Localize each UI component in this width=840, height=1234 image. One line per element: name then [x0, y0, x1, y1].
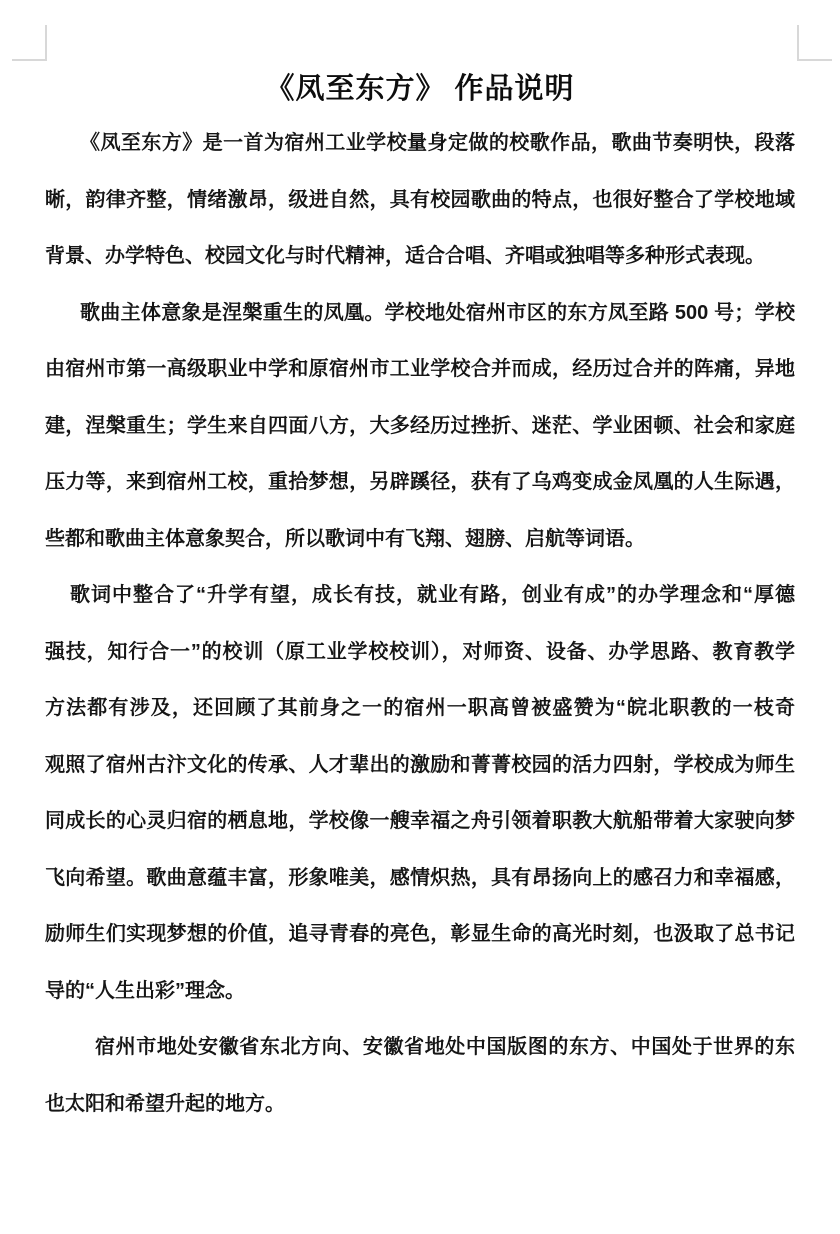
text-line: 励师生们实现梦想的价值，追寻青春的亮色，彰显生命的高光时刻，也汲取了总书记倡 [45, 906, 795, 963]
text-line: 方法都有涉及，还回顾了其前身之一的宿州一职高曾被盛赞为“皖北职教的一枝奇花”， [45, 680, 795, 737]
paragraph: 《凤至东方》是一首为宿州工业学校量身定做的校歌作品，歌曲节奏明快，段落清晰，韵律… [45, 115, 795, 285]
text-line: 也太阳和希望升起的地方。 [45, 1076, 795, 1133]
document-page: 《凤至东方》 作品说明 《凤至东方》是一首为宿州工业学校量身定做的校歌作品，歌曲… [0, 0, 840, 1234]
text-line: 压力等，来到宿州工校，重拾梦想，另辟蹊径，获有了乌鸡变成金凤凰的人生际遇，这 [45, 454, 795, 511]
page-margin-crop-mark-top-left [12, 25, 47, 61]
paragraph: 歌曲主体意象是涅槃重生的凤凰。学校地处宿州市区的东方凤至路 500 号；学校是由… [45, 285, 795, 568]
text-line: 晰，韵律齐整，情绪激昂，级进自然，具有校园歌曲的特点，也很好整合了学校地域 [45, 172, 795, 229]
text-line: 建，涅槃重生；学生来自四面八方，大多经历过挫折、迷茫、学业困顿、社会和家庭 [45, 398, 795, 455]
text-line: 飞向希望。歌曲意蕴丰富，形象唯美，感情炽热，具有昂扬向上的感召力和幸福感，激 [45, 850, 795, 907]
text-line: 歌词中整合了“升学有望，成长有技，就业有路，创业有成”的办学理念和“厚德 [45, 567, 795, 624]
text-line: 宿州市地处安徽省东北方向、安徽省地处中国版图的东方、中国处于世界的东方， [45, 1019, 795, 1076]
text-line: 背景、办学特色、校园文化与时代精神，适合合唱、齐唱或独唱等多种形式表现。 [45, 228, 795, 285]
text-line: 些都和歌曲主体意象契合，所以歌词中有飞翔、翅膀、启航等词语。 [45, 511, 795, 568]
paragraph: 歌词中整合了“升学有望，成长有技，就业有路，创业有成”的办学理念和“厚德强技，知… [45, 567, 795, 1019]
document-title: 《凤至东方》 作品说明 [0, 66, 840, 107]
paragraph: 宿州市地处安徽省东北方向、安徽省地处中国版图的东方、中国处于世界的东方，也太阳和… [45, 1019, 795, 1132]
text-line: 由宿州市第一高级职业中学和原宿州市工业学校合并而成，经历过合并的阵痛，异地重 [45, 341, 795, 398]
text-line: 同成长的心灵归宿的栖息地，学校像一艘幸福之舟引领着职教大航船带着大家驶向梦想， [45, 793, 795, 850]
text-line: 歌曲主体意象是涅槃重生的凤凰。学校地处宿州市区的东方凤至路 500 号；学校是 [45, 285, 795, 342]
text-line: 《凤至东方》是一首为宿州工业学校量身定做的校歌作品，歌曲节奏明快，段落清 [45, 115, 795, 172]
text-line: 强技，知行合一”的校训（原工业学校校训），对师资、设备、办学思路、教育教学 [45, 624, 795, 681]
document-body: 《凤至东方》是一首为宿州工业学校量身定做的校歌作品，歌曲节奏明快，段落清晰，韵律… [45, 115, 795, 1132]
text-line: 导的“人生出彩”理念。 [45, 963, 795, 1020]
text-line: 观照了宿州古汴文化的传承、人才辈出的激励和菁菁校园的活力四射，学校成为师生共 [45, 737, 795, 794]
page-margin-crop-mark-top-right [797, 25, 832, 61]
